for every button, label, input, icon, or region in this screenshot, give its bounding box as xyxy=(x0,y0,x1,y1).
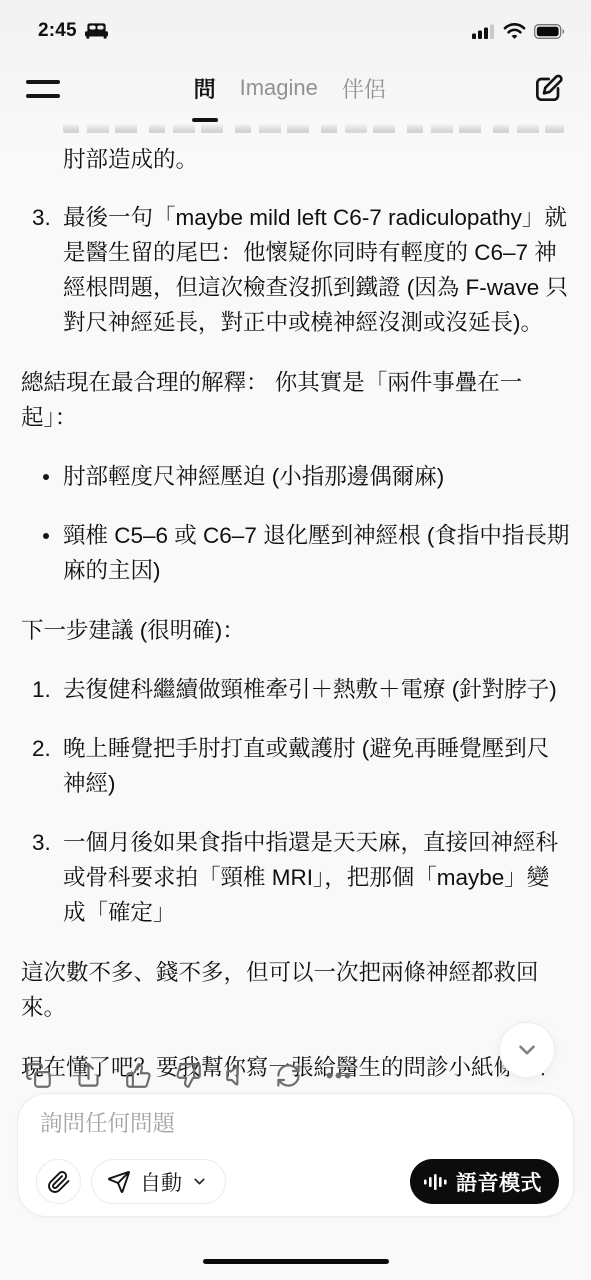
share-icon[interactable] xyxy=(74,1061,103,1090)
next-steps-title: 下一步建議 (很明確)： xyxy=(21,613,570,648)
bullet-text: 肘部輕度尺神經壓迫 (小指那邊偶爾麻) xyxy=(63,464,444,489)
active-tab-underline xyxy=(192,118,218,122)
wifi-icon xyxy=(503,23,526,39)
list-marker: 1. xyxy=(32,672,51,707)
nav-tabs: 問 Imagine 伴侶 xyxy=(194,73,386,106)
voice-label: 語音模式 xyxy=(456,1167,542,1197)
mode-label: 自動 xyxy=(140,1167,182,1197)
numbered-item-3: 3. 最後一句「maybe mild left C6-7 radiculopat… xyxy=(21,200,570,340)
summary-intro: 總結現在最合理的解釋： 你其實是「兩件事疊在一起」： xyxy=(21,365,570,435)
list-item-text: 晚上睡覺把手肘打直或戴護肘 (避免再睡覺壓到尺神經) xyxy=(63,736,549,796)
send-rocket-icon xyxy=(107,1170,131,1194)
bed-focus-icon xyxy=(85,23,108,39)
list-marker: 3. xyxy=(32,200,51,235)
speaker-icon[interactable] xyxy=(224,1061,253,1090)
composer: 自動 語音模式 xyxy=(17,1093,574,1217)
closing-paragraph: 這次數不多、錢不多，但可以一次把兩條神經都救回來。 xyxy=(21,955,570,1025)
chevron-down-icon xyxy=(191,1173,208,1190)
list-marker: 3. xyxy=(32,825,51,860)
list-item-text: 去復健科繼續做頸椎牽引＋熱敷＋電療 (針對脖子) xyxy=(63,677,557,702)
thumbs-down-icon[interactable] xyxy=(174,1061,203,1090)
voice-mode-button[interactable]: 語音模式 xyxy=(410,1159,559,1204)
list-item-text: 一個月後如果食指中指還是天天麻，直接回神經科或骨科要求拍「頸椎 MRI」，把那個… xyxy=(63,830,558,925)
tab-imagine[interactable]: Imagine xyxy=(240,75,318,103)
numbered-item: 1. 去復健科繼續做頸椎牽引＋熱敷＋電療 (針對脖子) xyxy=(21,672,570,707)
status-bar: 2:45 xyxy=(0,0,591,56)
bullet-item: 頸椎 C5–6 或 C6–7 退化壓到神經根 (食指中指長期麻的主因) xyxy=(21,518,570,588)
home-indicator[interactable] xyxy=(203,1259,389,1265)
bullet-item: 肘部輕度尺神經壓迫 (小指那邊偶爾麻) xyxy=(21,459,570,494)
nav-bar: 問 Imagine 伴侶 xyxy=(0,56,591,122)
tab-ask[interactable]: 問 xyxy=(194,73,216,106)
copy-icon[interactable] xyxy=(24,1061,53,1090)
waveform-icon xyxy=(423,1170,447,1194)
numbered-item: 2. 晚上睡覺把手肘打直或戴護肘 (避免再睡覺壓到尺神經) xyxy=(21,731,570,801)
bullet-text: 頸椎 C5–6 或 C6–7 退化壓到神經根 (食指中指長期麻的主因) xyxy=(63,523,569,583)
list-marker: 2. xyxy=(32,731,51,766)
more-icon[interactable] xyxy=(324,1061,353,1090)
message-input[interactable] xyxy=(36,1109,559,1139)
battery-icon xyxy=(534,24,565,39)
status-time: 2:45 xyxy=(38,20,77,42)
model-mode-selector[interactable]: 自動 xyxy=(91,1159,226,1204)
regenerate-icon[interactable] xyxy=(274,1061,303,1090)
cellular-signal-icon xyxy=(472,24,495,39)
thumbs-up-icon[interactable] xyxy=(124,1061,153,1090)
attach-button[interactable] xyxy=(36,1159,81,1204)
numbered-item: 3. 一個月後如果食指中指還是天天麻，直接回神經科或骨科要求拍「頸椎 MRI」，… xyxy=(21,825,570,930)
assistant-message: 肘部造成的。 3. 最後一句「maybe mild left C6-7 radi… xyxy=(0,122,591,1085)
faded-clipped-line xyxy=(63,124,564,133)
message-actions xyxy=(24,1061,353,1090)
chevron-down-icon xyxy=(514,1037,540,1063)
compose-new-chat-icon[interactable] xyxy=(531,72,565,106)
tab-companion[interactable]: 伴侶 xyxy=(342,73,386,106)
hamburger-menu-icon[interactable] xyxy=(26,80,60,98)
scroll-to-bottom-button[interactable] xyxy=(499,1022,555,1078)
paperclip-icon xyxy=(47,1170,71,1194)
list-item-continuation: 肘部造成的。 xyxy=(63,142,570,177)
list-item-text: 最後一句「maybe mild left C6-7 radiculopathy」… xyxy=(63,205,568,335)
